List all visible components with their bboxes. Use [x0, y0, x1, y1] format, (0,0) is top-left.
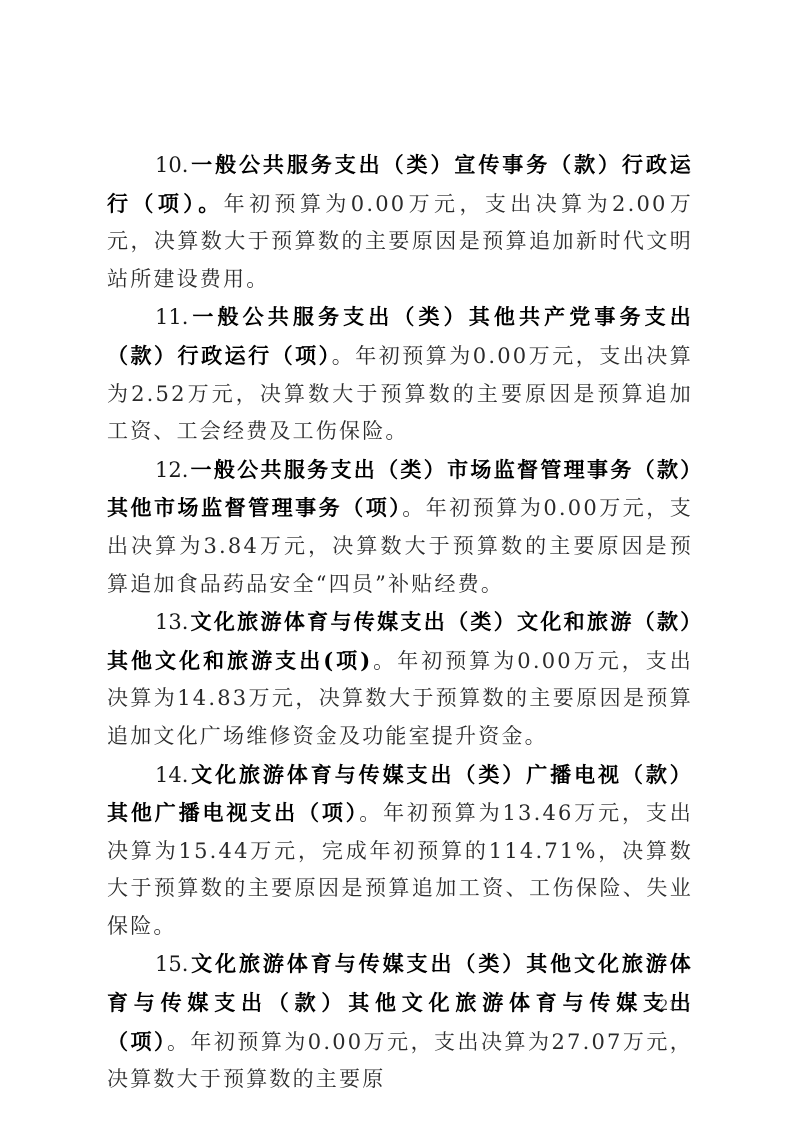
paragraph-item-12: 12.一般公共服务支出（类）市场监督管理事务（款）其他市场监督管理事务（项）。年… [107, 451, 693, 603]
page-number: -21- [654, 997, 683, 1015]
paragraph-item-11: 11.一般公共服务支出（类）其他共产党事务支出（款）行政运行（项）。年初预算为0… [107, 298, 693, 450]
item-number: 10. [155, 153, 188, 177]
paragraph-item-13: 13.文化旅游体育与传媒支出（类）文化和旅游（款）其他文化和旅游支出(项)。年初… [107, 603, 693, 755]
item-number: 12. [155, 458, 188, 482]
item-number: 15. [155, 952, 188, 976]
document-page: 10.一般公共服务支出（类）宣传事务（款）行政运行（项）。年初预算为0.00万元… [107, 146, 693, 1099]
item-number: 13. [155, 610, 188, 634]
paragraph-item-14: 14.文化旅游体育与传媒支出（类）广播电视（款）其他广播电视支出（项）。年初预算… [107, 756, 693, 946]
paragraph-item-10: 10.一般公共服务支出（类）宣传事务（款）行政运行（项）。年初预算为0.00万元… [107, 146, 693, 298]
item-number: 11. [155, 305, 188, 329]
item-number: 14. [155, 763, 188, 787]
item-body: 。年初预算为0.00万元，支出决算为27.07万元，决算数大于预算数的主要原 [107, 1030, 693, 1092]
paragraph-item-15: 15.文化旅游体育与传媒支出（类）其他文化旅游体育与传媒支出（款）其他文化旅游体… [107, 945, 693, 1098]
